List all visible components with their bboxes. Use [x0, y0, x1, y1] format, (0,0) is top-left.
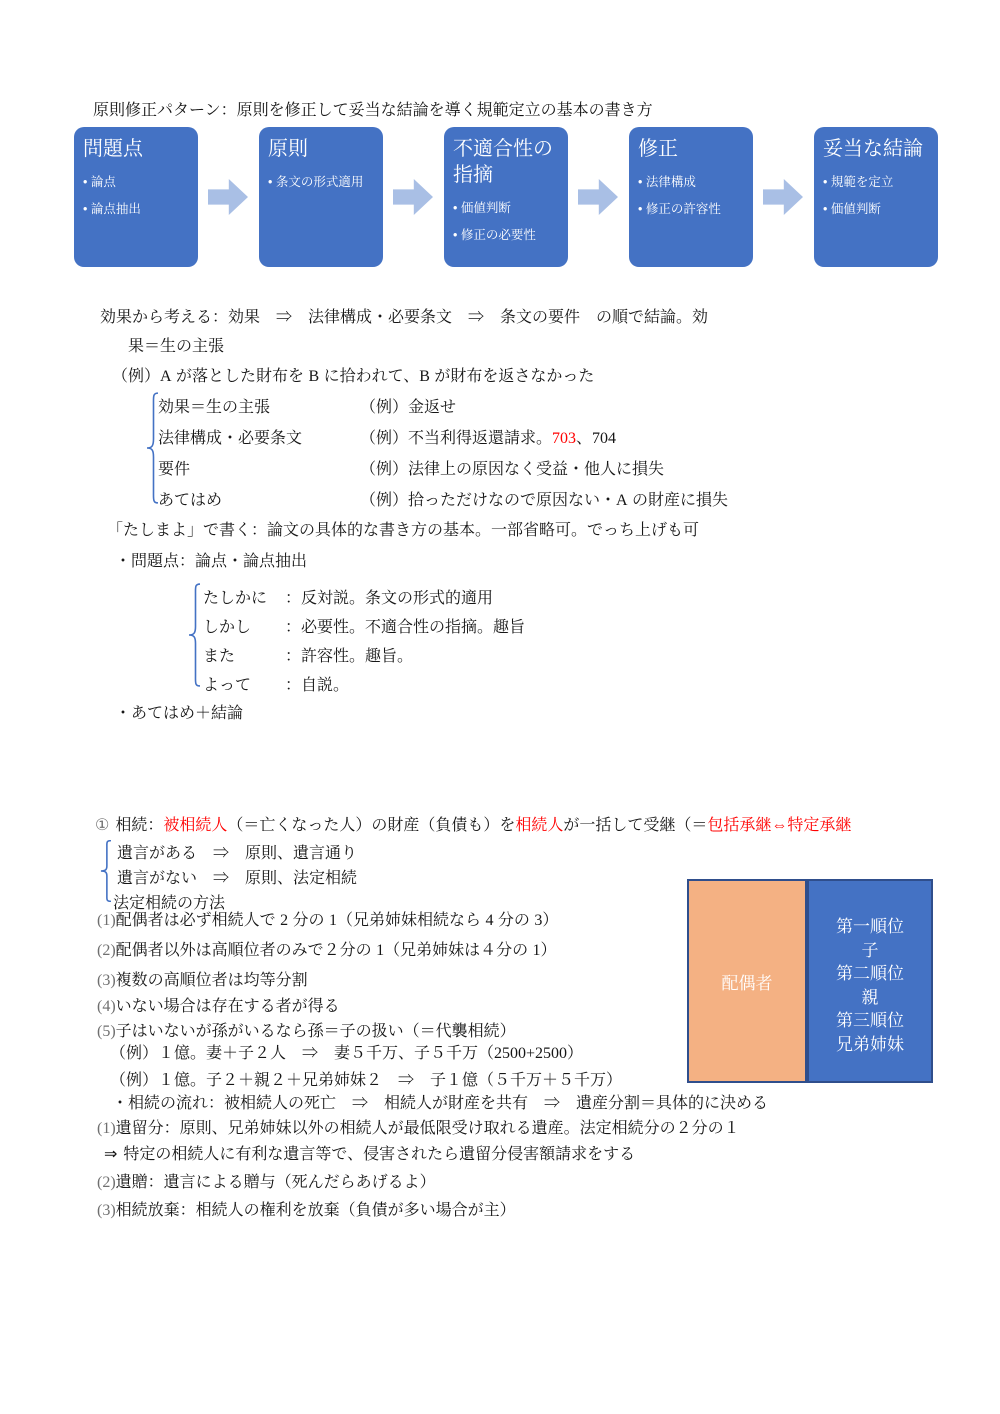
row-label: また: [203, 646, 285, 668]
row-label: あてはめ: [158, 490, 360, 512]
heading-red: 相続人: [515, 817, 563, 834]
page-title: 原則修正パターン：原則を修正して妥当な結論を導く規範定立の基本の書き方: [93, 97, 653, 120]
list-item: (3)相続放棄：相続人の権利を放棄（負債が多い場合が主）: [97, 1200, 516, 1222]
row-label: よって: [203, 675, 285, 697]
heading-red: 被相続人: [163, 817, 227, 834]
branch-line: 遺言がある ⇒ 原則、遺言通り: [117, 843, 357, 865]
diagram-spouse-box: 配偶者: [687, 879, 807, 1083]
row-text: ：許容性。趣旨。: [285, 648, 413, 665]
flow-box-principle: 原則 条文の形式適用: [259, 127, 383, 267]
inherit-example: （例）１億。子２＋親２＋兄弟姉妹２ ⇒ 子１億（５千万＋５千万）: [110, 1070, 622, 1092]
tashimayo-heading: 「たしまよ」で書く：論文の具体的な書き方の基本。一部省略可。でっち上げも可: [107, 520, 699, 542]
row-value: （例）不当利得返還請求。: [360, 430, 552, 447]
effect-row: あてはめ（例）拾っただけなので原因ない・A の財産に損失: [158, 490, 728, 512]
row-text: ：必要性。不適合性の指摘。趣旨: [285, 619, 525, 636]
document-page: 原則修正パターン：原則を修正して妥当な結論を導く規範定立の基本の書き方 問題点 …: [0, 0, 1000, 1414]
flow-box-title: 修正: [638, 136, 744, 162]
inherit-heading: ①相続：被相続人（＝亡くなった人）の財産（負債も）を相続人が一括して受継（＝包括…: [95, 815, 851, 837]
flow-box-bullet: 修正の許容性: [638, 201, 739, 217]
flow-box-bullet: 修正の必要性: [453, 227, 554, 243]
item-text: 複数の高順位者は均等分割: [116, 972, 308, 989]
row-label: しかし: [203, 617, 285, 639]
tashimayo-row: また：許容性。趣旨。: [203, 646, 413, 668]
list-item: (4)いない場合は存在する者が得る: [97, 996, 340, 1018]
item-marker-arrow: ⇒: [104, 1146, 117, 1163]
row-value-red: 703: [552, 430, 576, 447]
flow-box-title: 妥当な結論: [823, 136, 929, 162]
item-text: 相続放棄：相続人の権利を放棄（負債が多い場合が主）: [116, 1202, 516, 1219]
flow-box-problem: 問題点 論点 論点抽出: [74, 127, 198, 267]
flow-box-conclusion: 妥当な結論 規範を定立 価値判断: [814, 127, 938, 267]
effect-example: （例）A が落とした財布を B に拾われて、B が財布を返さなかった: [112, 366, 594, 388]
tashimayo-bullet-2: ・あてはめ＋結論: [115, 703, 243, 725]
effect-line-1: 効果から考える：効果 ⇒ 法律構成・必要条文 ⇒ 条文の要件 の順で結論。効: [100, 307, 708, 329]
flow-box-bullet: 法律構成: [638, 174, 739, 190]
flow-box-title: 問題点: [83, 136, 189, 162]
effect-row: 効果＝生の主張（例）金返せ: [158, 397, 456, 419]
heading-marker: ①: [95, 817, 109, 834]
flow-box-revision: 修正 法律構成 修正の許容性: [629, 127, 753, 267]
item-marker: (2): [97, 1174, 116, 1191]
diagram-order-box: 第一順位 子 第二順位 親 第三順位 兄弟姉妹: [807, 879, 933, 1083]
item-text: 遺贈：遺言による贈与（死んだらあげるよ）: [116, 1174, 436, 1191]
row-label: たしかに: [203, 588, 285, 610]
order-line: 子: [809, 939, 931, 963]
flow-box-bullet: 論点抽出: [83, 201, 184, 217]
spouse-label: 配偶者: [722, 969, 773, 994]
item-text: いない場合は存在する者が得る: [116, 998, 340, 1015]
row-text: ：反対説。条文の形式的適用: [285, 590, 493, 607]
row-label: 法律構成・必要条文: [158, 428, 360, 450]
row-text: ：自説。: [285, 677, 349, 694]
item-text: 遺留分：原則、兄弟姉妹以外の相続人が最低限受け取れる遺産。法定相続分の２分の１: [116, 1120, 740, 1137]
right-arrow-icon: [578, 177, 618, 217]
row-label: 要件: [158, 459, 360, 481]
order-line: 親: [809, 986, 931, 1010]
inherit-example: （例）１億。妻＋子２人 ⇒ 妻５千万、子５千万（2500+2500）: [110, 1043, 583, 1065]
item-text: 特定の相続人に有利な遺言等で、侵害されたら遺留分侵害額請求をする: [123, 1146, 635, 1163]
order-line: 兄弟姉妹: [809, 1033, 931, 1057]
item-marker: (1): [97, 1120, 116, 1137]
list-item: (2)配偶者以外は高順位者のみで２分の 1（兄弟姉妹は４分の 1）: [97, 940, 557, 962]
list-item: (1)遺留分：原則、兄弟姉妹以外の相続人が最低限受け取れる遺産。法定相続分の２分…: [97, 1118, 740, 1140]
flow-box-incompatibility: 不適合性の指摘 価値判断 修正の必要性: [444, 127, 568, 267]
list-item: (3)複数の高順位者は均等分割: [97, 970, 308, 992]
item-marker: (3): [97, 972, 116, 989]
brace-icon: [146, 392, 158, 504]
brace-icon: [188, 583, 200, 687]
item-text: 配偶者は必ず相続人で 2 分の 1（兄弟姉妹相続なら 4 分の 3）: [116, 912, 559, 929]
row-value: 、704: [576, 430, 616, 447]
effect-line-2: 果＝生の主張: [128, 336, 224, 358]
flow-box-bullet: 価値判断: [453, 200, 554, 216]
heading-text: 相続：: [115, 817, 163, 834]
order-line: 第二順位: [809, 962, 931, 986]
list-item: (2)遺贈：遺言による贈与（死んだらあげるよ）: [97, 1172, 436, 1194]
brace-icon: [100, 840, 111, 902]
tashimayo-row: たしかに：反対説。条文の形式的適用: [203, 588, 493, 610]
flow-box-bullet: 条文の形式適用: [268, 174, 369, 190]
heading-text: が一括して受継（＝: [563, 817, 707, 834]
tashimayo-bullet-1: ・問題点：論点・論点抽出: [115, 551, 307, 573]
item-text: 配偶者以外は高順位者のみで２分の 1（兄弟姉妹は４分の 1）: [116, 942, 557, 959]
row-value: （例）法律上の原因なく受益・他人に損失: [360, 461, 664, 478]
order-line: 第一順位: [809, 915, 931, 939]
tashimayo-row: よって：自説。: [203, 675, 349, 697]
list-item: (1)配偶者は必ず相続人で 2 分の 1（兄弟姉妹相続なら 4 分の 3）: [97, 910, 558, 932]
right-arrow-icon: [763, 177, 803, 217]
flow-box-title: 不適合性の指摘: [453, 136, 559, 188]
row-value: （例）金返せ: [360, 399, 456, 416]
order-line: 第三順位: [809, 1009, 931, 1033]
list-item: (5)子はいないが孫がいるなら孫＝子の扱い（＝代襲相続）: [97, 1021, 516, 1043]
inherit-flow-line: ・相続の流れ：被相続人の死亡 ⇒ 相続人が財産を共有 ⇒ 遺産分割＝具体的に決め…: [112, 1093, 768, 1115]
flow-box-bullet: 価値判断: [823, 201, 924, 217]
right-arrow-icon: [208, 177, 248, 217]
row-value: （例）拾っただけなので原因ない・A の財産に損失: [360, 492, 728, 509]
flow-box-bullet: 論点: [83, 174, 184, 190]
effect-row: 法律構成・必要条文（例）不当利得返還請求。703、704: [158, 428, 616, 450]
item-marker: (4): [97, 998, 116, 1015]
item-marker: (5): [97, 1023, 116, 1040]
heading-text: （＝亡くなった人）の財産（負債も）を: [227, 817, 515, 834]
flow-box-title: 原則: [268, 136, 374, 162]
flow-box-bullet: 規範を定立: [823, 174, 924, 190]
tashimayo-row: しかし：必要性。不適合性の指摘。趣旨: [203, 617, 525, 639]
item-marker: (1): [97, 912, 116, 929]
list-item: ⇒特定の相続人に有利な遺言等で、侵害されたら遺留分侵害額請求をする: [104, 1144, 635, 1166]
heading-red: 包括承継⇔特定承継: [707, 817, 851, 834]
item-marker: (2): [97, 942, 116, 959]
item-marker: (3): [97, 1202, 116, 1219]
effect-row: 要件（例）法律上の原因なく受益・他人に損失: [158, 459, 664, 481]
branch-line: 遺言がない ⇒ 原則、法定相続: [117, 868, 357, 890]
right-arrow-icon: [393, 177, 433, 217]
row-label: 効果＝生の主張: [158, 397, 360, 419]
item-text: 子はいないが孫がいるなら孫＝子の扱い（＝代襲相続）: [116, 1023, 516, 1040]
